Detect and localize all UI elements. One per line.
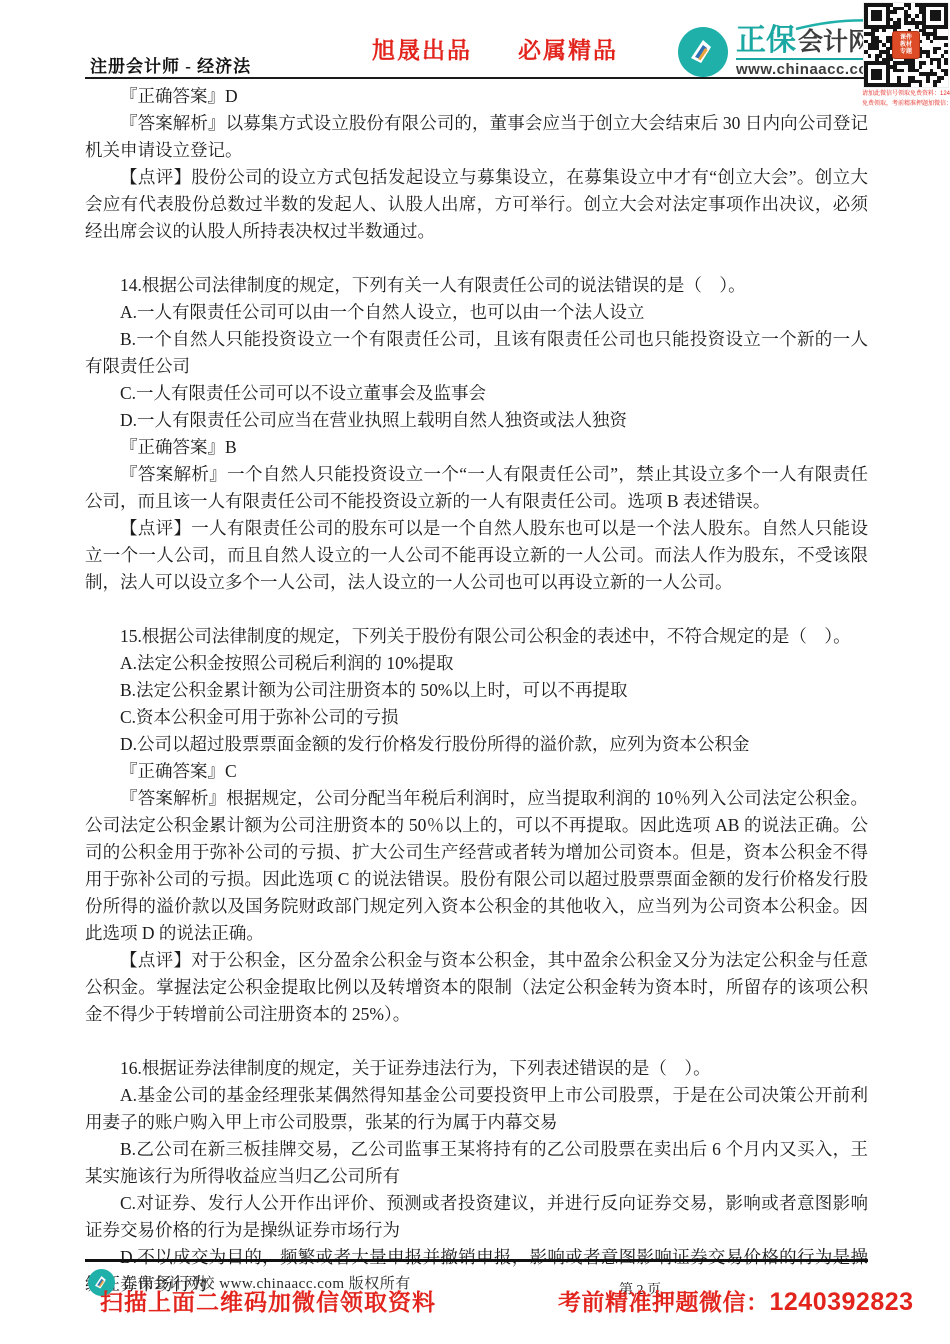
paragraph: 【点评】一人有限责任公司的股东可以是一个自然人股东也可以是一个法人股东。自然人只… — [85, 515, 868, 596]
body-text: 『正确答案』D 『答案解析』以募集方式设立股份有限公司的，董事会应当于创立大会结… — [85, 83, 868, 1298]
option-a: A.法定公积金按照公司税后利润的 10%提取 — [85, 650, 868, 677]
qr-badge-text: 教材 — [893, 42, 919, 49]
qr-code: 课件 教材 专题 — [863, 2, 949, 88]
qr-block: 课件 教材 专题 请加此微信号领取免费资料：1240392823 免费领取，考前… — [862, 2, 950, 108]
question-14: 14.根据公司法律制度的规定，下列有关一人有限责任公司的说法错误的是（ ）。 — [85, 272, 868, 299]
option-c: C.一人有限责任公司可以不设立董事会及监事会 — [85, 380, 868, 407]
paragraph: 『正确答案』D — [85, 83, 868, 110]
slogan-right: 必属精品 — [518, 32, 618, 65]
footer-rule — [85, 1259, 868, 1262]
option-c: C.资本公积金可用于弥补公司的亏损 — [85, 704, 868, 731]
wechat-tip-label: 考前精准押题微信： — [558, 1290, 770, 1315]
option-a: A.基金公司的基金经理张某偶然得知基金公司要投资甲上市公司股票，于是在公司决策公… — [85, 1082, 868, 1136]
paragraph: 『答案解析』一个自然人只能投资设立一个“一人有限责任公司”，禁止其设立多个一人有… — [85, 461, 868, 515]
option-a: A.一人有限责任公司可以由一个自然人设立，也可以由一个法人设立 — [85, 299, 868, 326]
qr-caption-line2: 免费领取，考前精准押题加微信：1240392823 — [862, 100, 950, 108]
header-rule — [85, 77, 868, 79]
option-c: C.对证券、发行人公开作出评价、预测或者投资建议，并进行反向证券交易，影响或者意… — [85, 1190, 868, 1244]
qr-center-badge: 课件 教材 专题 — [892, 31, 920, 59]
option-d: D.一人有限责任公司应当在营业执照上载明自然人独资或法人独资 — [85, 407, 868, 434]
paragraph: 【点评】股份公司的设立方式包括发起设立与募集设立，在募集设立中才有“创立大会”。… — [85, 164, 868, 245]
paragraph: 『正确答案』C — [85, 758, 868, 785]
doc-title: 注册会计师 - 经济法 — [90, 52, 251, 77]
paragraph: 【点评】对于公积金，区分盈余公积金与资本公积金，其中盈余公积金又分为法定公积金与… — [85, 947, 868, 1028]
question-16: 16.根据证券法律制度的规定，关于证券违法行为，下列表述错误的是（ ）。 — [85, 1055, 868, 1082]
wechat-tip: 考前精准押题微信：1240392823 — [558, 1284, 914, 1317]
qr-badge-text: 课件 — [893, 35, 919, 42]
option-b: B.一个自然人只能投资设立一个有限责任公司，且该有限责任公司也只能投资设立一个新… — [85, 326, 868, 380]
wechat-number: 1240392823 — [770, 1288, 914, 1316]
paragraph: 『答案解析』根据规定，公司分配当年税后利润时，应当提取利润的 10％列入公司法定… — [85, 785, 868, 947]
brand-name-primary: 正保 — [736, 26, 796, 56]
scan-tip: 扫描上面二维码加微信领取资料 — [100, 1284, 436, 1317]
open-book-icon — [678, 27, 728, 77]
option-b: B.乙公司在新三板挂牌交易，乙公司监事王某将持有的乙公司股票在卖出后 6 个月内… — [85, 1136, 868, 1190]
qr-badge-text: 专题 — [893, 49, 919, 56]
header-slogans: 旭晟出品 必属精品 — [372, 32, 618, 65]
paragraph: 『答案解析』以募集方式设立股份有限公司的，董事会应当于创立大会结束后 30 日内… — [85, 110, 868, 164]
option-b: B.法定公积金累计额为公司注册资本的 50%以上时，可以不再提取 — [85, 677, 868, 704]
question-15: 15.根据公司法律制度的规定，下列关于股份有限公司公积金的表述中，不符合规定的是… — [85, 623, 868, 650]
slogan-left: 旭晟出品 — [372, 32, 472, 65]
document-page: 旭晟出品 必属精品 正保 会计网校 www.chinaacc.com 课件 — [0, 0, 950, 1344]
paragraph: 『正确答案』B — [85, 434, 868, 461]
option-d: D.公司以超过股票票面金额的发行价格发行股份所得的溢价款，应列为资本公积金 — [85, 731, 868, 758]
qr-caption-line1: 请加此微信号领取免费资料：1240392823 — [862, 90, 950, 98]
